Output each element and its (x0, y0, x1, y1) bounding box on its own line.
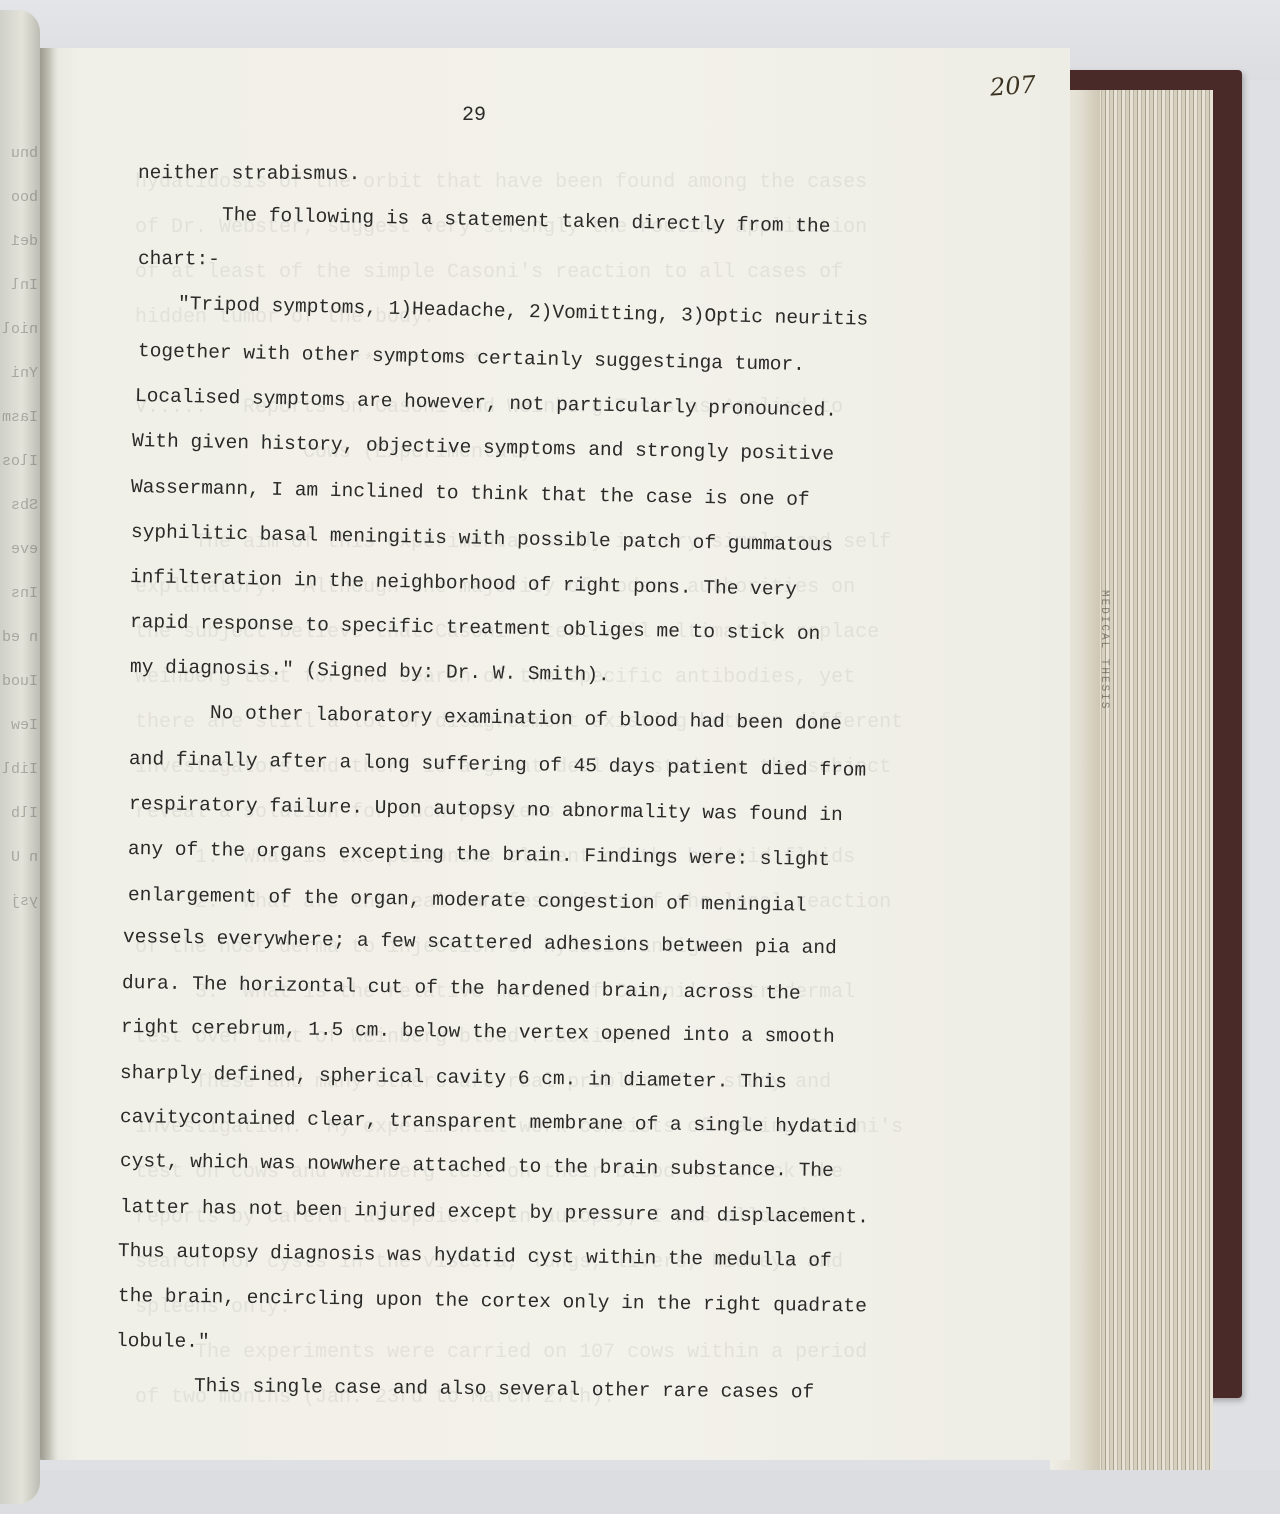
left-page-ghost-text: Iew (2, 717, 38, 734)
left-page-ghost-text: bnu (2, 145, 38, 162)
left-page-ghost-text: Iasm (2, 409, 38, 426)
left-page-ghost-text: Ins (2, 585, 38, 602)
background-bottom (0, 1470, 1280, 1514)
left-facing-page: bnuboode1InlniolYniIasmIlosSbseveInsn ed… (0, 10, 40, 1504)
left-page-ghost-text: niol (2, 321, 38, 338)
left-page-ghost-text: de1 (2, 233, 38, 250)
left-page-ghost-text: eve (2, 541, 38, 558)
gutter-shadow (40, 48, 58, 1460)
stack-label: MEDICAL THESIS (1098, 590, 1110, 710)
text-line: neither strabismus. (138, 162, 360, 185)
left-page-ghost-text: ysj (2, 893, 38, 910)
left-page-ghost-text: Ilb (2, 805, 38, 822)
left-page-ghost-text: Inl (2, 277, 38, 294)
text-line: chart:- (138, 248, 220, 270)
left-page-ghost-text: Yni (2, 365, 38, 382)
left-page-ghost-text: Sbs (2, 497, 38, 514)
left-page-ghost-text: Ilos (2, 453, 38, 470)
left-page-ghost-text: Iibl (2, 761, 38, 778)
text-line: lobule." (116, 1330, 210, 1353)
handwritten-folio-number: 207 (989, 70, 1037, 101)
left-page-ghost-text: Iuod (2, 673, 38, 690)
page-number: 29 (462, 104, 486, 127)
left-page-ghost-text: n U (2, 849, 38, 866)
left-page-ghost-text: boo (2, 189, 38, 206)
photo-scene: MEDICAL THESIS bnuboode1InlniolYniIasmIl… (0, 0, 1280, 1514)
left-page-ghost-text: n ed (2, 629, 38, 646)
